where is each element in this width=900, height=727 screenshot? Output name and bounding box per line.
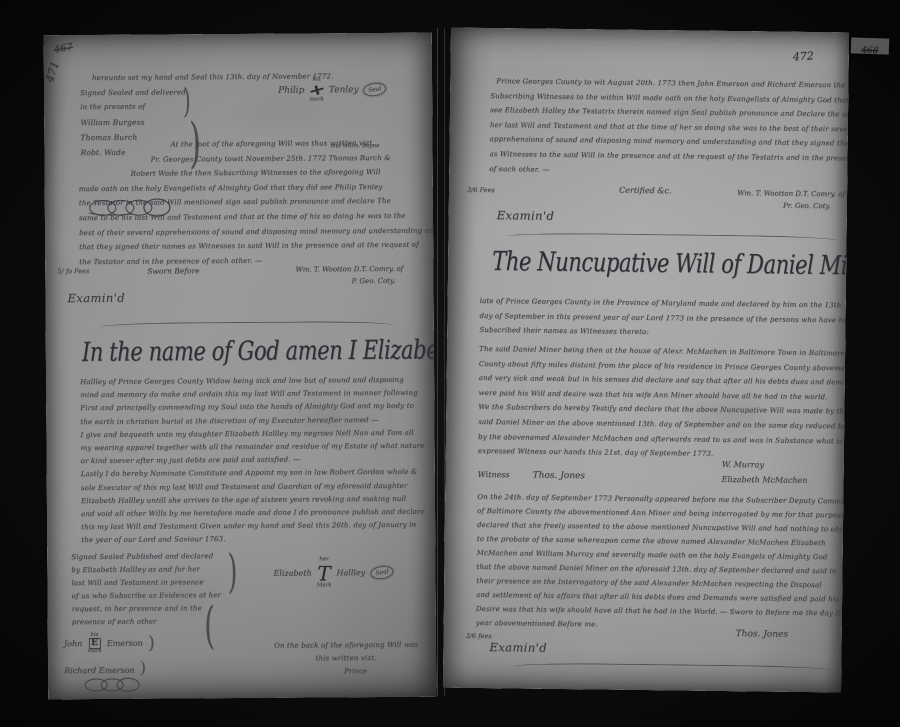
signature-mark: his E mark xyxy=(87,632,102,654)
official-signature: Wm. T. Wootton D.T. Comry. of Pr. Geo. C… xyxy=(725,187,849,213)
old-folio-number: 467 xyxy=(53,42,73,56)
paragraph-lines: The said Daniel Miner being then at the … xyxy=(478,342,843,463)
witness-signature: Thos. Jones xyxy=(533,471,585,482)
signatory-last-name: Hallley xyxy=(336,568,365,577)
witness-name: Elizabeth McMachen xyxy=(721,472,807,488)
witness-list: W. MurrayElizabeth McMachen xyxy=(721,457,807,488)
official-title: Pr. Geo. Coty. xyxy=(757,199,849,212)
interlineation: and Willm. Bayne xyxy=(330,143,379,149)
text-line: On the back of the aforegoing Will was xyxy=(248,639,436,653)
signature-elizabeth-halley: Elizabeth her T Mark Hallley Seal xyxy=(273,557,393,589)
binding-gutter-line xyxy=(437,28,438,696)
seal-stamp: Seal xyxy=(363,81,388,97)
witness-label: Witness xyxy=(478,470,510,479)
mark-label: mark xyxy=(87,649,102,655)
examined-note: Examin'd xyxy=(67,291,125,305)
signature-john-emerson: John his E mark Emerson ) xyxy=(64,632,155,655)
fee-note: 3/6 Fees xyxy=(467,186,495,194)
signature-flourish xyxy=(82,676,152,692)
text-line: this written vizt. xyxy=(248,652,436,666)
miner-witness-row: Witness Thos. Jones xyxy=(478,462,586,482)
miner-right-witnesses: W. MurrayElizabeth McMachen xyxy=(721,457,807,488)
text-line: last Will and Testament in presence xyxy=(71,576,241,590)
witness-last-name: Emerson xyxy=(107,639,143,648)
official-signature: Wm. T. Wootton D.T. Comry. of P. Geo. Co… xyxy=(275,263,423,288)
signatory-first-name: Philip xyxy=(278,85,304,95)
scanned-document: 467 471 hereunto set my hand and Seal th… xyxy=(0,0,900,727)
separator-rule xyxy=(101,321,393,327)
official-name: Wm. T. Wootton D.T. Comry. of xyxy=(725,187,849,201)
signature-mark: her T Mark xyxy=(317,557,332,588)
official-title: P. Geo. Coty. xyxy=(323,275,423,288)
sworn-note: Sworn Before xyxy=(147,266,199,275)
text-line: that they signed their names as Witnesse… xyxy=(79,238,431,255)
tenley-probate-paragraph: At the foot of the aforegoing Will was t… xyxy=(78,136,431,270)
text-line: my wearing apparel together with all the… xyxy=(81,440,433,456)
certified-note: Certified &c. xyxy=(619,186,671,196)
paragraph-lines: Hallley of Prince Georges County Widow b… xyxy=(80,374,433,548)
separator-rule xyxy=(507,232,837,240)
miner-will-heading: The Nuncupative Will of Daniel Miner xyxy=(492,246,849,281)
text-line: by Elizabeth Hallley as and for her xyxy=(71,563,241,577)
halley-will-heading: In the name of God amen I Elizabeth xyxy=(82,334,437,367)
text-line: First and principally commending my Soul… xyxy=(80,400,432,416)
folio-number: 471 xyxy=(44,60,62,84)
miner-will-intro: late of Prince Georges County in the Pro… xyxy=(479,294,844,342)
t-mark-glyph: T xyxy=(317,563,330,583)
paragraph-lines: Prince Georges County to wit August 20th… xyxy=(489,74,844,180)
text-line: presence of each other xyxy=(72,615,242,629)
text-line: the year of our Lord and Saviour 1763. xyxy=(81,532,433,548)
halley-witnesses: John his E mark Emerson ) Richard Emerso… xyxy=(64,631,155,697)
fee-note: 5/ fo Fees xyxy=(57,267,89,275)
folio-number: 472 xyxy=(792,49,814,63)
left-page: 467 471 hereunto set my hand and Seal th… xyxy=(44,33,437,700)
brace: ) xyxy=(148,634,155,652)
examined-note: Examin'd xyxy=(489,640,547,655)
signatory-last-name: Tenley xyxy=(329,85,359,95)
text-line: Pr. Georges County towit November 25th. … xyxy=(151,150,431,167)
right-page: 472 Prince Georges County to wit August … xyxy=(443,28,849,693)
signature-philip-tenley: Philip his + mark Tenley Seal xyxy=(278,77,387,103)
text-line: Signed Sealed Published and declared xyxy=(71,550,241,564)
text-line: of us who Subscribe as Evidences at her xyxy=(72,589,242,603)
fee-note: 3/6 fees xyxy=(466,632,492,640)
cross-mark-glyph: + xyxy=(306,81,327,100)
miner-will-body: The said Daniel Miner being then at the … xyxy=(478,342,843,463)
signatory-first-name: Elizabeth xyxy=(273,569,311,578)
halley-will-body: Hallley of Prince Georges County Widow b… xyxy=(80,374,433,548)
miner-probate-paragraph: On the 24th. day of September 1773 Perso… xyxy=(476,490,842,634)
brace: ) xyxy=(227,548,237,594)
old-folio-number: 468 xyxy=(861,46,879,57)
separator-rule xyxy=(513,662,831,670)
paragraph-lines: At the foot of the aforegoing Will was t… xyxy=(78,136,431,270)
halley-attestation: Signed Sealed Published and declaredby E… xyxy=(71,550,242,629)
old-folio-tab: 468 xyxy=(851,37,890,54)
witness-first-name: John xyxy=(64,639,82,648)
paragraph-lines: Signed Sealed Published and declaredby E… xyxy=(71,550,242,629)
brace: ( xyxy=(204,600,215,650)
catchword: Prince xyxy=(344,667,367,675)
seal-stamp: Seal xyxy=(369,564,394,580)
examined-note: Examin'd xyxy=(497,208,555,223)
mark-label: Mark xyxy=(317,583,332,589)
brace: ) xyxy=(140,657,146,676)
witness-name: Richard Emerson xyxy=(64,665,135,674)
signature-mark: his + mark xyxy=(309,77,324,102)
halley-probate-paragraph: Prince Georges County to wit August 20th… xyxy=(489,74,844,180)
paragraph-lines: late of Prince Georges County in the Pro… xyxy=(479,294,844,342)
witness-name: W. Murray xyxy=(722,457,808,473)
back-of-will-note: On the back of the aforegoing Will was t… xyxy=(248,639,436,666)
paragraph-lines: On the 24th. day of September 1773 Perso… xyxy=(476,490,842,634)
official-name: Wm. T. Wootton D.T. Comry. of xyxy=(275,263,423,276)
commissary-signature: Thos. Jones xyxy=(736,629,788,640)
text-line: request, in her presence and in the xyxy=(72,602,242,616)
